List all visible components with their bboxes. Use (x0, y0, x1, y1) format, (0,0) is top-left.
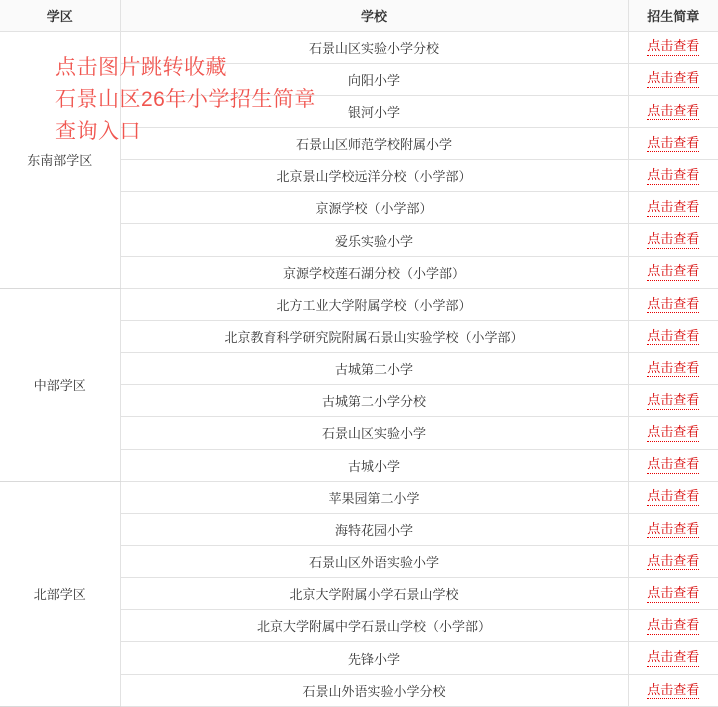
brochure-cell: 点击查看 (628, 160, 718, 192)
view-brochure-link[interactable]: 点击查看 (647, 521, 699, 539)
school-cell: 爱乐实验小学 (120, 224, 628, 256)
school-cell: 北京景山学校远洋分校（小学部） (120, 160, 628, 192)
view-brochure-link[interactable]: 点击查看 (647, 360, 699, 378)
district-cell: 中部学区 (0, 288, 120, 481)
view-brochure-link[interactable]: 点击查看 (647, 103, 699, 121)
view-brochure-link[interactable]: 点击查看 (647, 392, 699, 410)
school-cell: 北京教育科学研究院附属石景山实验学校（小学部） (120, 320, 628, 352)
school-cell: 先锋小学 (120, 642, 628, 674)
view-brochure-link[interactable]: 点击查看 (647, 649, 699, 667)
promo-overlay-text[interactable]: 点击图片跳转收藏 石景山区26年小学招生简章 查询入口 (55, 52, 316, 148)
brochure-cell: 点击查看 (628, 449, 718, 481)
brochure-cell: 点击查看 (628, 320, 718, 352)
school-cell: 北方工业大学附属学校（小学部） (120, 288, 628, 320)
school-cell: 北京大学附属中学石景山学校（小学部） (120, 610, 628, 642)
brochure-cell: 点击查看 (628, 288, 718, 320)
school-cell: 京源学校（小学部） (120, 192, 628, 224)
brochure-cell: 点击查看 (628, 513, 718, 545)
header-school: 学校 (120, 0, 628, 31)
view-brochure-link[interactable]: 点击查看 (647, 328, 699, 346)
school-cell: 海特花园小学 (120, 513, 628, 545)
brochure-cell: 点击查看 (628, 546, 718, 578)
promo-line-1[interactable]: 点击图片跳转收藏 (55, 52, 316, 84)
school-cell: 古城第二小学 (120, 353, 628, 385)
brochure-cell: 点击查看 (628, 385, 718, 417)
view-brochure-link[interactable]: 点击查看 (647, 456, 699, 474)
brochure-cell: 点击查看 (628, 224, 718, 256)
brochure-cell: 点击查看 (628, 642, 718, 674)
brochure-cell: 点击查看 (628, 417, 718, 449)
view-brochure-link[interactable]: 点击查看 (647, 167, 699, 185)
view-brochure-link[interactable]: 点击查看 (647, 199, 699, 217)
school-cell: 古城第二小学分校 (120, 385, 628, 417)
view-brochure-link[interactable]: 点击查看 (647, 424, 699, 442)
district-cell: 北部学区 (0, 481, 120, 706)
promo-line-2[interactable]: 石景山区26年小学招生简章 (55, 84, 316, 116)
view-brochure-link[interactable]: 点击查看 (647, 488, 699, 506)
view-brochure-link[interactable]: 点击查看 (647, 38, 699, 56)
view-brochure-link[interactable]: 点击查看 (647, 135, 699, 153)
school-cell: 石景山区外语实验小学 (120, 546, 628, 578)
brochure-cell: 点击查看 (628, 610, 718, 642)
school-cell: 苹果园第二小学 (120, 481, 628, 513)
view-brochure-link[interactable]: 点击查看 (647, 585, 699, 603)
promo-line-3[interactable]: 查询入口 (55, 116, 316, 148)
brochure-cell: 点击查看 (628, 63, 718, 95)
school-cell: 古城小学 (120, 449, 628, 481)
view-brochure-link[interactable]: 点击查看 (647, 263, 699, 281)
brochure-cell: 点击查看 (628, 192, 718, 224)
brochure-cell: 点击查看 (628, 31, 718, 63)
table-header: 学区 学校 招生简章 (0, 0, 718, 31)
brochure-cell: 点击查看 (628, 674, 718, 706)
header-brochure: 招生简章 (628, 0, 718, 31)
brochure-cell: 点击查看 (628, 481, 718, 513)
view-brochure-link[interactable]: 点击查看 (647, 296, 699, 314)
school-cell: 石景山外语实验小学分校 (120, 674, 628, 706)
table-row: 北部学区苹果园第二小学点击查看 (0, 481, 718, 513)
school-cell: 京源学校莲石湖分校（小学部） (120, 256, 628, 288)
view-brochure-link[interactable]: 点击查看 (647, 617, 699, 635)
header-district: 学区 (0, 0, 120, 31)
brochure-cell: 点击查看 (628, 353, 718, 385)
table-row: 中部学区北方工业大学附属学校（小学部）点击查看 (0, 288, 718, 320)
brochure-cell: 点击查看 (628, 578, 718, 610)
brochure-cell: 点击查看 (628, 95, 718, 127)
school-cell: 北京大学附属小学石景山学校 (120, 578, 628, 610)
header-row: 学区 学校 招生简章 (0, 0, 718, 31)
view-brochure-link[interactable]: 点击查看 (647, 553, 699, 571)
view-brochure-link[interactable]: 点击查看 (647, 682, 699, 700)
view-brochure-link[interactable]: 点击查看 (647, 231, 699, 249)
school-cell: 石景山区实验小学 (120, 417, 628, 449)
view-brochure-link[interactable]: 点击查看 (647, 70, 699, 88)
brochure-cell: 点击查看 (628, 127, 718, 159)
brochure-cell: 点击查看 (628, 256, 718, 288)
